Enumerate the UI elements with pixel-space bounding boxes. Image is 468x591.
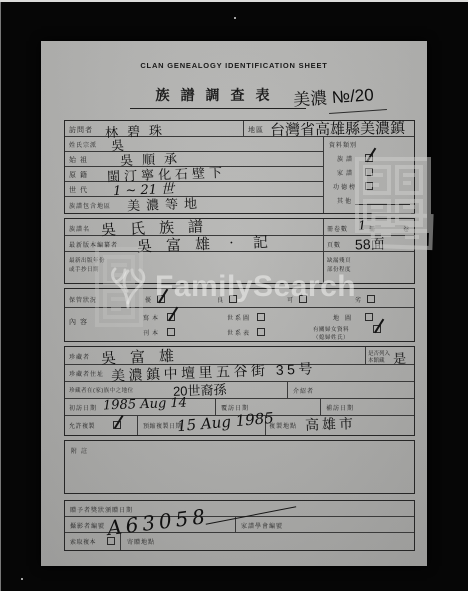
- introducer-label: 介紹者: [293, 386, 314, 395]
- content-women-data-note: （媳婦姓氏）: [313, 333, 349, 341]
- send-location-label: 寄贈地點: [127, 537, 155, 546]
- content-lineage-table-checkbox: [257, 328, 265, 336]
- content-manuscript-label: 寫本: [143, 313, 161, 322]
- dust-speck: [234, 17, 236, 19]
- holder-address-label: 珍藏者住址: [69, 369, 104, 378]
- photographer-number-label: 攝影者編號: [70, 521, 105, 530]
- other-blank-line: [355, 204, 410, 205]
- condition-good-checkbox: [229, 295, 237, 303]
- english-title: CLAN GENEALOGY IDENTIFICATION SHEET: [41, 61, 427, 70]
- holder-label: 珍藏者: [69, 352, 90, 361]
- volumes-label: 冊卷數: [327, 224, 348, 233]
- genealogy-title-label: 族譜名: [69, 224, 90, 233]
- category-family-record-checkbox: [365, 168, 373, 176]
- missing-pages-label-line1: 缺漏殘頁: [327, 256, 351, 264]
- content-women-data-label: 有關婦女資料: [313, 325, 349, 333]
- area-label: 地區: [248, 125, 264, 135]
- coverage-value: 美濃等地: [127, 193, 204, 215]
- origin-label: 原籍: [69, 170, 91, 180]
- category-family-record-label: 家譜: [337, 168, 355, 177]
- in-library-label-line2: 本館藏: [368, 356, 385, 364]
- society-number-label: 家譜學會編號: [241, 521, 283, 530]
- content-lineage-table-label: 世系表: [227, 328, 251, 337]
- grid-line: [320, 398, 321, 415]
- category-merit-board-checkbox: [365, 182, 373, 190]
- copy-place-value: 高雄市: [305, 413, 357, 435]
- first-ancestor-label: 始祖: [69, 155, 91, 165]
- grid-line: [323, 136, 324, 213]
- grid-line: [323, 219, 324, 283]
- category-genealogy-label: 族譜: [337, 154, 355, 163]
- notes-section: 附註: [64, 440, 415, 494]
- notes-label: 附註: [71, 446, 91, 455]
- pages-label: 頁數: [327, 240, 341, 249]
- admin-section: 贈予者獎狀頒贈日期 攝影者編號 A63058 家譜學會編號 索取複本 寄贈地點: [64, 500, 415, 551]
- volumes-unit-ce: 冊: [369, 224, 376, 233]
- volumes-unit-juan: 卷: [403, 224, 410, 233]
- grid-line: [287, 381, 288, 398]
- identification-section: 訪問者 林碧珠 地區 台灣省高雄縣美濃鎮 姓氏宗派 吳 始祖 吳順承 原籍 閩汀…: [64, 120, 415, 214]
- condition-fair-checkbox: [299, 295, 307, 303]
- content-lineage-chart-checkbox: [257, 313, 265, 321]
- holder-section: 珍藏者 吳富雄 是否列入 本館藏 是 珍藏者住址 美濃鎮中壇里五谷街 35号 珍…: [64, 346, 415, 436]
- grid-line: [65, 307, 414, 308]
- condition-excellent-label: 優: [145, 295, 152, 304]
- category-label: 資料類別: [329, 140, 357, 149]
- condition-section: 保管狀況 優 良 可 劣 內容 寫本 世系圖 地圖 刊本 世系表 有關婦女資料 …: [64, 288, 415, 342]
- handwritten-collection-note: 美濃 №/20: [292, 80, 374, 111]
- publication-year-label-line2: 或手抄日期: [69, 265, 99, 273]
- condition-poor-checkbox: [367, 295, 375, 303]
- copy-place-label: 複製地點: [269, 421, 297, 430]
- copy-request-checkbox: [107, 537, 115, 545]
- coverage-label: 族譜包含地區: [69, 201, 111, 210]
- category-merit-board-label: 功德榜: [333, 182, 357, 191]
- grid-line: [137, 415, 138, 435]
- generations-label: 世代: [69, 185, 91, 195]
- condition-label: 保管狀況: [69, 295, 97, 304]
- missing-pages-label-line2: 部份程度: [327, 265, 351, 273]
- dust-speck: [21, 578, 23, 580]
- content-map-checkbox: [365, 313, 373, 321]
- donor-award-date-label: 贈予者獎狀頒贈日期: [70, 505, 133, 514]
- category-other-label: 其他: [337, 196, 353, 205]
- followup-date-label: 補訪日期: [326, 403, 354, 412]
- content-printed-checkbox: [167, 328, 175, 336]
- scan-edge-left: [0, 0, 1, 591]
- area-value: 台灣省高雄縣美濃鎮: [270, 117, 405, 140]
- surname-label: 姓氏宗派: [69, 140, 97, 149]
- note-underline: [329, 109, 387, 114]
- in-library-value: 是: [393, 348, 407, 367]
- content-map-label: 地圖: [333, 313, 357, 322]
- publication-year-label-line1: 最新出版年份: [69, 256, 105, 264]
- scan-edge-top: [0, 0, 468, 2]
- condition-poor-label: 劣: [355, 295, 362, 304]
- content-printed-label: 刊本: [143, 328, 161, 337]
- volume-section: 族譜名 吳氏族譜 冊卷數 1 冊 卷 最新版本編纂者 吳富雄‧記 頁數 58面 …: [64, 218, 415, 284]
- condition-fair-label: 可: [287, 295, 294, 304]
- page-title: 族譜調查表: [130, 85, 306, 109]
- copy-request-label: 索取複本: [70, 537, 96, 546]
- editor-value: 吳富雄‧記: [137, 230, 283, 256]
- editor-label: 最新版本編纂者: [69, 240, 118, 249]
- volumes-value: 1: [358, 219, 367, 234]
- holder-position-label: 珍藏者在(家)族中之地位: [69, 386, 134, 394]
- grid-line: [365, 347, 366, 364]
- scanned-document-canvas: { "header": { "english_title": "CLAN GEN…: [0, 0, 468, 591]
- content-lineage-chart-label: 世系圖: [227, 313, 251, 322]
- condition-good-label: 良: [217, 295, 224, 304]
- grid-line: [243, 121, 244, 136]
- visitor-label: 訪問者: [69, 125, 93, 135]
- grid-line: [65, 151, 323, 152]
- grid-line: [215, 398, 216, 415]
- copy-permission-label: 允許複製: [69, 421, 95, 430]
- pages-value: 58面: [355, 233, 385, 254]
- first-visit-date-label: 初訪日期: [69, 403, 97, 412]
- first-visit-date-value: 1985 Aug 14: [103, 396, 187, 414]
- contents-label: 內容: [69, 317, 91, 327]
- microfilm-date-value: 15 Aug 1985: [176, 409, 274, 435]
- genealogy-form-sheet: CLAN GENEALOGY IDENTIFICATION SHEET 族譜調查…: [41, 41, 427, 566]
